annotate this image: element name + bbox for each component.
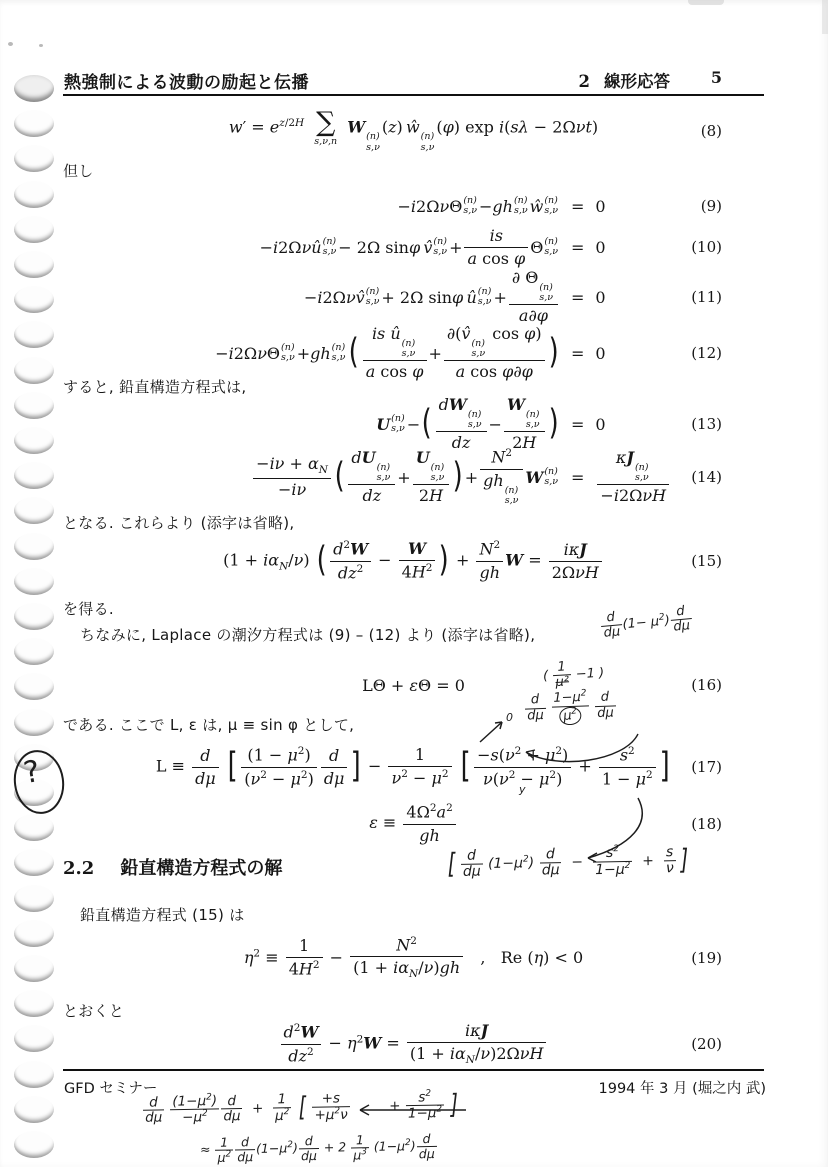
equation-11-lhs: −i2Ωνv̂(n)s,ν + 2Ω sin φ û(n)s,ν + ∂ Θ(n…	[63, 268, 560, 327]
equation-14: −iν + αN−iν (dU(n)s,νdz + U(n)s,ν2H) + N…	[63, 450, 764, 504]
handwritten-note-16-top: ( 1μ² −1 )	[542, 658, 605, 691]
equation-19-number: (19)	[691, 949, 722, 967]
equation-13-relation: =	[571, 415, 584, 434]
handwritten-zero-arrow	[476, 712, 522, 746]
equation-12-relation: =	[571, 344, 584, 363]
binding-hole	[14, 533, 54, 560]
handwritten-boxed-note: [ ddμ (1−μ2) ddμ − s21−μ2 + sν ]	[446, 844, 691, 881]
equation-11-rhs: 0	[595, 288, 605, 307]
equation-8: w′ = ez/2H ∑s,ν,n W(n)s,ν(z) ŵ(n)s,ν(φ) …	[63, 104, 764, 158]
binding-hole	[14, 392, 54, 419]
binding-hole	[14, 286, 54, 313]
equation-12: −i2ΩνΘ(n)s,ν + gh(n)s,ν(is û(n)s,νa cos …	[63, 324, 764, 382]
binding-hole	[14, 638, 54, 665]
equation-18: ε ≡ 4Ω2a2gh (18)	[63, 800, 764, 848]
binding-hole	[14, 1025, 54, 1052]
handwritten-note-dmu-inline: ddμ(1− μ2)ddμ	[599, 604, 694, 642]
equation-13: U(n)s,ν − (dW(n)s,νdz − W(n)s,ν2H) = 0 (…	[63, 398, 764, 450]
equation-16-number: (16)	[691, 676, 722, 694]
equation-14-lhs: −iν + αN−iν (dU(n)s,νdz + U(n)s,ν2H) + N…	[63, 447, 560, 506]
binding-hole	[14, 955, 54, 982]
equation-20-body: d2Wdz2 − η2W = iκJ(1 + iαN/ν)2ΩνH	[279, 1021, 549, 1067]
equation-9-relation: =	[571, 197, 584, 216]
equation-12-rhs: 0	[595, 344, 605, 363]
footer-rule	[63, 1069, 764, 1071]
equation-16-body: LΘ + εΘ = 0	[362, 676, 465, 695]
binding-hole	[14, 251, 54, 278]
binding-hole	[14, 321, 54, 348]
page-title: 熱強制による波動の励起と伝播	[64, 68, 309, 93]
binding-hole	[14, 1061, 54, 1088]
equation-11-number: (11)	[691, 288, 722, 306]
equation-17: L ≡ ddμ [(1 − μ2)(ν2 − μ2)ddμ] − 1ν2 − μ…	[63, 738, 764, 796]
equation-12-number: (12)	[691, 344, 722, 362]
equation-8-number: (8)	[701, 122, 722, 140]
scan-speck	[8, 42, 13, 46]
binding-hole	[14, 216, 54, 243]
equation-10: −i2Ωνû(n)s,ν − 2Ω sin φ v̂(n)s,ν + isa c…	[63, 224, 764, 270]
section-2-2-number: 2.2	[63, 858, 94, 879]
equation-15-number: (15)	[691, 552, 722, 570]
paragraph-tonaru: となる. これらより (添字は省略),	[63, 512, 294, 533]
binding-hole	[14, 603, 54, 630]
paragraph-chinamini: ちなみに, Laplace の潮汐方程式は (9) – (12) より (添字は…	[63, 624, 535, 645]
paragraph-dearu: である. ここで L, ε は, μ ≡ sin φ として,	[63, 714, 354, 735]
equation-19: η2 ≡ 14H2 − N2(1 + iαN/ν)gh , Re (η) < 0…	[63, 932, 764, 984]
binding-hole	[14, 990, 54, 1017]
binding-hole	[14, 709, 54, 736]
equation-10-number: (10)	[691, 238, 722, 256]
equation-20-number: (20)	[691, 1035, 722, 1053]
paragraph-oeru: を得る.	[63, 598, 114, 619]
binding-hole	[14, 885, 54, 912]
equation-14-relation: =	[571, 468, 584, 487]
binding-hole	[14, 920, 54, 947]
handwritten-note-16-bottom: ddμ 1−μ2μ2 ddμ	[523, 688, 617, 725]
footer-date-author: 1994 年 3 月 (堀之内 武)	[599, 1077, 767, 1098]
equation-18-body: ε ≡ 4Ω2a2gh	[369, 802, 458, 845]
binding-hole	[14, 673, 54, 700]
equation-14-number: (14)	[691, 468, 722, 486]
handwritten-y-mark: y	[519, 784, 526, 797]
binding-hole	[14, 849, 54, 876]
equation-10-relation: =	[571, 238, 584, 257]
handwritten-bottom-line-2: ≈ 1μ2ddμ(1−μ2)ddμ + 2 1μ3 (1−μ2)ddμ	[200, 1132, 438, 1165]
equation-20: d2Wdz2 − η2W = iκJ(1 + iαN/ν)2ΩνH (20)	[63, 1018, 764, 1070]
binding-hole	[14, 357, 54, 384]
binding-hole	[14, 75, 54, 102]
binding-hole	[14, 427, 54, 454]
equation-10-lhs: −i2Ωνû(n)s,ν − 2Ω sin φ v̂(n)s,ν + isa c…	[63, 226, 560, 269]
scan-speck	[39, 44, 43, 47]
equation-16: LΘ + εΘ = 0 (16)	[63, 668, 764, 702]
equation-10-rhs: 0	[595, 238, 605, 257]
equation-9-lhs: −i2ΩνΘ(n)s,ν − gh(n)s,νŵ(n)s,ν	[63, 196, 560, 217]
handwritten-left-arrow	[352, 1103, 470, 1117]
equation-12-lhs: −i2ΩνΘ(n)s,ν + gh(n)s,ν(is û(n)s,νa cos …	[63, 324, 560, 383]
paragraph-enchoku15: 鉛直構造方程式 (15) は	[63, 904, 245, 925]
binding-hole	[14, 1096, 54, 1123]
binding-hole	[14, 110, 54, 137]
equation-9-rhs: 0	[595, 197, 605, 216]
section-number: 2	[579, 72, 590, 91]
binding-hole	[14, 145, 54, 172]
handwritten-loop-arrow	[516, 728, 646, 770]
equation-15-body: (1 + iαN/ν) (d2Wdz2 − W4H2) + N2ghW = iκ…	[223, 539, 604, 583]
header-rule	[63, 94, 764, 96]
scan-smudge	[822, 0, 828, 34]
equation-9: −i2ΩνΘ(n)s,ν − gh(n)s,νŵ(n)s,ν = 0 (9)	[63, 188, 764, 224]
section-2-2-heading: 2.2鉛直構造方程式の解	[63, 854, 282, 880]
equation-17-number: (17)	[691, 758, 722, 776]
binding-hole	[14, 462, 54, 489]
equation-19-body: η2 ≡ 14H2 − N2(1 + iαN/ν)gh , Re (η) < 0	[244, 935, 583, 982]
handwritten-zero-label: 0	[506, 712, 513, 725]
running-section: 2線形応答	[579, 68, 670, 92]
equation-11-relation: =	[571, 288, 584, 307]
equation-8-body: w′ = ez/2H ∑s,ν,n W(n)s,ν(z) ŵ(n)s,ν(φ) …	[229, 109, 598, 153]
equation-15: (1 + iαN/ν) (d2Wdz2 − W4H2) + N2ghW = iκ…	[63, 534, 764, 588]
section-label: 線形応答	[604, 72, 670, 91]
page-number: 5	[711, 68, 722, 87]
binding-hole	[14, 181, 54, 208]
equation-18-number: (18)	[691, 815, 722, 833]
equation-14-rhs: κJ(n)s,ν−i2ΩνH	[595, 448, 671, 507]
scanned-page: 熱強制による波動の励起と伝播 2線形応答 5 w′ = ez/2H ∑s,ν,n…	[0, 0, 828, 1167]
binding-hole	[14, 497, 54, 524]
section-2-2-title: 鉛直構造方程式の解	[120, 858, 282, 879]
binding-hole	[14, 568, 54, 595]
binding-hole	[14, 814, 54, 841]
equation-13-rhs: 0	[595, 415, 605, 434]
equation-11: −i2Ωνv̂(n)s,ν + 2Ω sin φ û(n)s,ν + ∂ Θ(n…	[63, 270, 764, 324]
equation-13-number: (13)	[691, 415, 722, 433]
equation-13-lhs: U(n)s,ν − (dW(n)s,νdz − W(n)s,ν2H)	[63, 395, 560, 454]
binding-hole	[14, 1131, 54, 1158]
paragraph-tadashi: 但し	[63, 160, 94, 181]
scan-smudge	[688, 0, 724, 5]
equation-9-number: (9)	[701, 197, 722, 215]
